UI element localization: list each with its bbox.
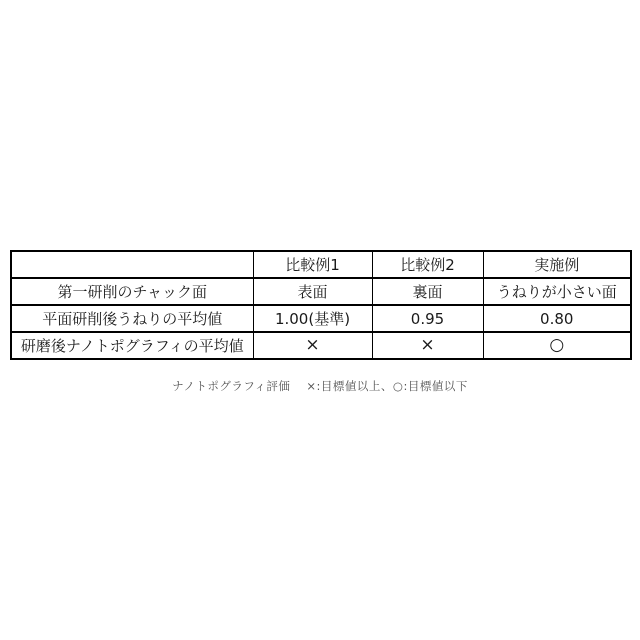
cell-chuck-face-example: うねりが小さい面 <box>483 278 631 305</box>
evaluation-table: 比較例1 比較例2 実施例 第一研削のチャック面 表面 裏面 うねりが小さい面 … <box>10 250 632 360</box>
header-cell-comparative-example-2: 比較例2 <box>372 251 483 278</box>
cell-chuck-face-comp2: 裏面 <box>372 278 483 305</box>
table-header-row: 比較例1 比較例2 実施例 <box>11 251 631 278</box>
row-label-chuck-face: 第一研削のチャック面 <box>11 278 253 305</box>
row-label-nanotopography-average: 研磨後ナノトポグラフィの平均値 <box>11 332 253 359</box>
cell-waviness-example: 0.80 <box>483 305 631 332</box>
row-label-waviness-average: 平面研削後うねりの平均値 <box>11 305 253 332</box>
header-cell-comparative-example-1: 比較例1 <box>253 251 372 278</box>
cell-nanotopography-comp1-cross-mark: × <box>253 332 372 359</box>
cell-chuck-face-comp1: 表面 <box>253 278 372 305</box>
cell-nanotopography-example-circle-mark: ○ <box>483 332 631 359</box>
table-row-waviness-average: 平面研削後うねりの平均値 1.00(基準) 0.95 0.80 <box>11 305 631 332</box>
cell-nanotopography-comp2-cross-mark: × <box>372 332 483 359</box>
table-row-chuck-face: 第一研削のチャック面 表面 裏面 うねりが小さい面 <box>11 278 631 305</box>
cell-waviness-comp1: 1.00(基準) <box>253 305 372 332</box>
table-row-nanotopography-average: 研磨後ナノトポグラフィの平均値 × × ○ <box>11 332 631 359</box>
caption-title: ナノトポグラフィ評価 <box>172 379 290 393</box>
header-cell-working-example: 実施例 <box>483 251 631 278</box>
header-cell-empty <box>11 251 253 278</box>
cell-waviness-comp2: 0.95 <box>372 305 483 332</box>
table-caption: ナノトポグラフィ評価×:目標値以上、○:目標値以下 <box>0 378 640 394</box>
caption-legend: ×:目標値以上、○:目標値以下 <box>306 379 467 393</box>
